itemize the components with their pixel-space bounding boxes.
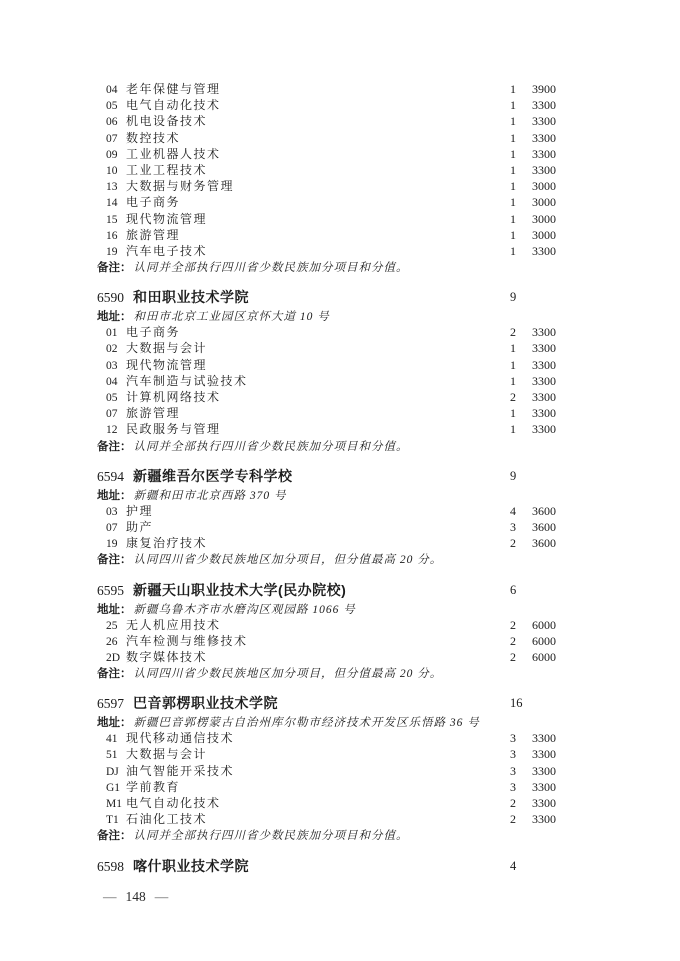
school-code: 6597 [97,696,124,711]
major-name: 无人机应用技术 [126,618,221,632]
major-tuition-fee: 3300 [532,340,556,356]
major-name: 电子商务 [126,195,180,209]
major-tuition-fee: 3300 [532,763,556,779]
remark-text: 认同并全部执行四川省少数民族加分项目和分值。 [134,830,409,842]
major-plan-count: 2 [510,617,516,633]
remark-label: 备注： [97,830,132,842]
major-row: 04老年保健与管理13900 [0,81,680,97]
major-code: 03 [106,358,126,374]
major-plan-count: 1 [510,373,516,389]
major-row: 19汽车电子技术13300 [0,243,680,259]
major-code: DJ [106,764,126,780]
major-plan-count: 2 [510,633,516,649]
major-row: 07旅游管理13300 [0,405,680,421]
major-name: 电气自动化技术 [126,98,221,112]
major-plan-count: 2 [510,649,516,665]
major-tuition-fee: 3300 [532,162,556,178]
major-row: DJ油气智能开采技术33300 [0,763,680,779]
major-plan-count: 1 [510,97,516,113]
major-tuition-fee: 6000 [532,633,556,649]
major-tuition-fee: 3300 [532,746,556,762]
major-tuition-fee: 3000 [532,178,556,194]
major-row: 26汽车检测与维修技术26000 [0,633,680,649]
major-tuition-fee: 3300 [532,730,556,746]
major-row: M1电气自动化技术23300 [0,795,680,811]
major-plan-count: 1 [510,130,516,146]
major-plan-count: 1 [510,194,516,210]
major-row: 09工业机器人技术13300 [0,146,680,162]
major-tuition-fee: 3600 [532,519,556,535]
major-plan-count: 1 [510,227,516,243]
major-code: 15 [106,212,126,228]
major-name: 汽车检测与维修技术 [126,634,248,648]
address-label: 地址： [97,717,132,729]
major-name: 汽车电子技术 [126,244,207,258]
school-code: 6595 [97,583,124,598]
major-tuition-fee: 3300 [532,97,556,113]
major-plan-count: 1 [510,146,516,162]
remark-row: 备注：认同并全部执行四川省少数民族加分项目和分值。 [0,827,680,843]
major-code: 25 [106,618,126,634]
remark-text: 认同并全部执行四川省少数民族加分项目和分值。 [134,262,409,274]
major-plan-count: 4 [510,503,516,519]
address-row: 地址：新疆乌鲁木齐市水磨沟区观园路 1066 号 [0,600,680,617]
major-code: T1 [106,812,126,828]
major-row: 03护理43600 [0,503,680,519]
major-row: 02大数据与会计13300 [0,340,680,356]
address-text: 新疆乌鲁木齐市水磨沟区观园路 1066 号 [134,604,356,616]
school-code: 6598 [97,859,124,874]
major-name: 大数据与财务管理 [126,179,234,193]
footer-dash-right: — [155,889,169,904]
major-tuition-fee: 3300 [532,357,556,373]
major-name: 老年保健与管理 [126,82,221,96]
major-plan-count: 3 [510,763,516,779]
major-row: 14电子商务13000 [0,194,680,210]
major-code: 2D [106,650,126,666]
major-tuition-fee: 3300 [532,795,556,811]
school-name: 和田职业技术学院 [133,289,249,305]
major-row: 12民政服务与管理13300 [0,421,680,437]
major-tuition-fee: 3300 [532,146,556,162]
major-row: 01电子商务23300 [0,324,680,340]
major-name: 数控技术 [126,131,180,145]
major-tuition-fee: 3300 [532,373,556,389]
major-row: 04汽车制造与试验技术13300 [0,373,680,389]
major-row: 15现代物流管理13000 [0,211,680,227]
major-code: 16 [106,228,126,244]
remark-text: 认同四川省少数民族地区加分项目，但分值最高 20 分。 [134,668,443,680]
major-code: 03 [106,504,126,520]
major-code: 19 [106,536,126,552]
major-tuition-fee: 3300 [532,130,556,146]
major-tuition-fee: 3300 [532,389,556,405]
major-tuition-fee: 3300 [532,779,556,795]
school-section: 6595新疆天山职业技术大学(民办院校)6地址：新疆乌鲁木齐市水磨沟区观园路 1… [0,580,680,682]
major-tuition-fee: 3600 [532,535,556,551]
major-plan-count: 2 [510,811,516,827]
school-header-row: 6597巴音郭楞职业技术学院16 [0,693,680,713]
major-code: 04 [106,374,126,390]
major-name: 康复治疗技术 [126,536,207,550]
major-tuition-fee: 3900 [532,81,556,97]
major-code: 12 [106,422,126,438]
major-plan-count: 1 [510,357,516,373]
major-row: 06机电设备技术13300 [0,113,680,129]
major-row: G1学前教育33300 [0,779,680,795]
major-plan-count: 3 [510,779,516,795]
remark-label: 备注： [97,554,132,566]
major-name: 电子商务 [126,325,180,339]
major-name: 学前教育 [126,780,180,794]
remark-text: 认同四川省少数民族地区加分项目，但分值最高 20 分。 [134,554,443,566]
school-name: 新疆维吾尔医学专科学校 [133,468,293,484]
major-code: 01 [106,325,126,341]
major-name: 汽车制造与试验技术 [126,374,248,388]
major-plan-count: 1 [510,178,516,194]
major-row: 05电气自动化技术13300 [0,97,680,113]
major-plan-count: 1 [510,113,516,129]
school-code: 6594 [97,469,124,484]
school-header-row: 6595新疆天山职业技术大学(民办院校)6 [0,580,680,600]
remark-row: 备注：认同四川省少数民族地区加分项目，但分值最高 20 分。 [0,551,680,567]
address-text: 新疆巴音郭楞蒙古自治州库尔勒市经济技术开发区乐悟路 36 号 [134,717,480,729]
major-tuition-fee: 3000 [532,194,556,210]
major-plan-count: 1 [510,405,516,421]
school-section: 6594新疆维吾尔医学专科学校9地址：新疆和田市北京西路 370 号03护理43… [0,466,680,568]
address-text: 新疆和田市北京西路 370 号 [134,490,287,502]
major-name: 计算机网络技术 [126,390,221,404]
major-row: 03现代物流管理13300 [0,357,680,373]
footer-dash-left: — [103,889,117,904]
major-tuition-fee: 3000 [532,227,556,243]
remark-row: 备注：认同并全部执行四川省少数民族加分项目和分值。 [0,259,680,275]
major-code: 04 [106,82,126,98]
major-plan-count: 3 [510,730,516,746]
major-plan-count: 3 [510,746,516,762]
major-row: 25无人机应用技术26000 [0,617,680,633]
major-row: 16旅游管理13000 [0,227,680,243]
major-code: G1 [106,780,126,796]
major-name: 护理 [126,504,153,518]
major-code: 02 [106,341,126,357]
major-name: 工业机器人技术 [126,147,221,161]
major-row: 51大数据与会计33300 [0,746,680,762]
major-plan-count: 2 [510,389,516,405]
school-header-row: 6598喀什职业技术学院4 [0,856,680,876]
major-plan-count: 2 [510,535,516,551]
major-plan-count: 2 [510,324,516,340]
major-code: 26 [106,634,126,650]
major-name: 现代物流管理 [126,212,207,226]
address-label: 地址： [97,311,132,323]
major-row: 07数控技术13300 [0,130,680,146]
major-tuition-fee: 3300 [532,243,556,259]
major-tuition-fee: 6000 [532,649,556,665]
school-section: 6597巴音郭楞职业技术学院16地址：新疆巴音郭楞蒙古自治州库尔勒市经济技术开发… [0,693,680,843]
school-plan-total: 16 [510,693,523,713]
major-code: 19 [106,244,126,260]
major-tuition-fee: 3300 [532,811,556,827]
major-tuition-fee: 3300 [532,421,556,437]
major-name: 工业工程技术 [126,163,207,177]
enrollment-plan-list: 04老年保健与管理1390005电气自动化技术1330006机电设备技术1330… [0,81,680,876]
major-code: 07 [106,131,126,147]
major-name: 油气智能开采技术 [126,764,234,778]
school-plan-total: 6 [510,580,516,600]
address-label: 地址： [97,604,132,616]
major-code: 10 [106,163,126,179]
page-footer: —148— [103,888,168,906]
major-row: 05计算机网络技术23300 [0,389,680,405]
major-row: 07助产33600 [0,519,680,535]
major-tuition-fee: 3300 [532,405,556,421]
major-code: 13 [106,179,126,195]
school-plan-total: 4 [510,856,516,876]
major-plan-count: 2 [510,795,516,811]
address-text: 和田市北京工业园区京怀大道 10 号 [134,311,330,323]
school-code: 6590 [97,290,124,305]
major-name: 旅游管理 [126,406,180,420]
major-row: 2D数字媒体技术26000 [0,649,680,665]
major-plan-count: 3 [510,519,516,535]
address-label: 地址： [97,490,132,502]
school-section: 6598喀什职业技术学院4 [0,856,680,876]
major-plan-count: 1 [510,421,516,437]
major-name: 民政服务与管理 [126,422,221,436]
major-name: 大数据与会计 [126,747,207,761]
major-tuition-fee: 3300 [532,113,556,129]
major-name: 石油化工技术 [126,812,207,826]
major-row: 41现代移动通信技术33300 [0,730,680,746]
school-plan-total: 9 [510,466,516,486]
remark-label: 备注： [97,441,132,453]
school-section: 04老年保健与管理1390005电气自动化技术1330006机电设备技术1330… [0,81,680,275]
major-plan-count: 1 [510,211,516,227]
major-code: 14 [106,195,126,211]
major-tuition-fee: 3600 [532,503,556,519]
major-plan-count: 1 [510,243,516,259]
major-plan-count: 1 [510,81,516,97]
major-code: M1 [106,796,126,812]
major-tuition-fee: 3300 [532,324,556,340]
address-row: 地址：新疆巴音郭楞蒙古自治州库尔勒市经济技术开发区乐悟路 36 号 [0,713,680,730]
school-plan-total: 9 [510,287,516,307]
school-header-row: 6590和田职业技术学院9 [0,287,680,307]
major-row: 10工业工程技术13300 [0,162,680,178]
major-code: 09 [106,147,126,163]
major-code: 07 [106,520,126,536]
major-name: 助产 [126,520,153,534]
major-plan-count: 1 [510,340,516,356]
major-row: 19康复治疗技术23600 [0,535,680,551]
school-header-row: 6594新疆维吾尔医学专科学校9 [0,466,680,486]
major-code: 05 [106,390,126,406]
major-code: 41 [106,731,126,747]
remark-label: 备注： [97,668,132,680]
address-row: 地址：新疆和田市北京西路 370 号 [0,486,680,503]
major-code: 07 [106,406,126,422]
remark-label: 备注： [97,262,132,274]
major-code: 51 [106,747,126,763]
school-section: 6590和田职业技术学院9地址：和田市北京工业园区京怀大道 10 号01电子商务… [0,287,680,454]
major-name: 大数据与会计 [126,341,207,355]
major-name: 现代物流管理 [126,358,207,372]
major-code: 05 [106,98,126,114]
major-name: 电气自动化技术 [126,796,221,810]
major-row: 13大数据与财务管理13000 [0,178,680,194]
remark-text: 认同并全部执行四川省少数民族加分项目和分值。 [134,441,409,453]
major-tuition-fee: 3000 [532,211,556,227]
major-name: 机电设备技术 [126,114,207,128]
page-number: 148 [126,889,146,904]
major-plan-count: 1 [510,162,516,178]
major-row: T1石油化工技术23300 [0,811,680,827]
school-name: 新疆天山职业技术大学(民办院校) [133,582,346,598]
major-name: 现代移动通信技术 [126,731,234,745]
major-name: 旅游管理 [126,228,180,242]
major-name: 数字媒体技术 [126,650,207,664]
document-page: 04老年保健与管理1390005电气自动化技术1330006机电设备技术1330… [0,0,680,961]
major-tuition-fee: 6000 [532,617,556,633]
school-name: 巴音郭楞职业技术学院 [133,695,278,711]
remark-row: 备注：认同并全部执行四川省少数民族加分项目和分值。 [0,438,680,454]
remark-row: 备注：认同四川省少数民族地区加分项目，但分值最高 20 分。 [0,665,680,681]
major-code: 06 [106,114,126,130]
address-row: 地址：和田市北京工业园区京怀大道 10 号 [0,307,680,324]
school-name: 喀什职业技术学院 [133,858,249,874]
